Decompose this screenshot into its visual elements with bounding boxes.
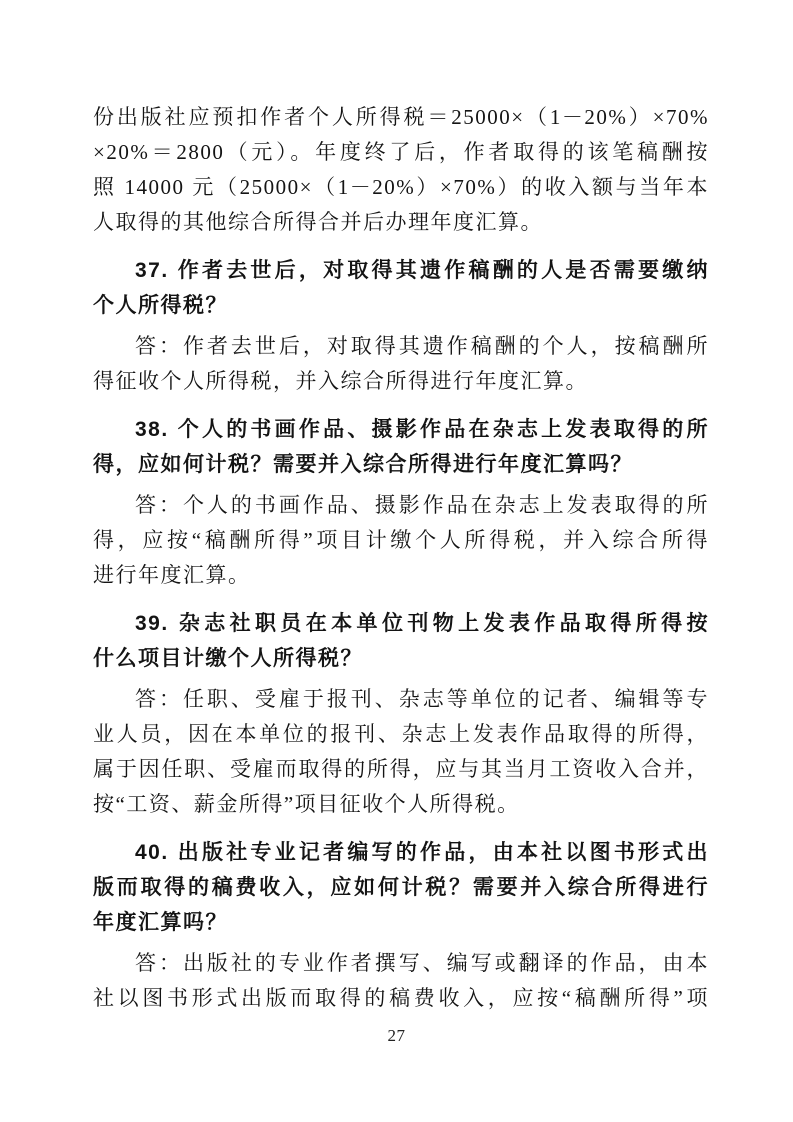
text-line: 38. 个人的书画作品、摄影作品在杂志上发表取得的所: [93, 412, 709, 447]
question-37: 37. 作者去世后，对取得其遗作稿酬的人是否需要缴纳 个人所得税？: [93, 253, 709, 323]
text-line: 版而取得的稿费收入，应如何计税？需要并入综合所得进行: [93, 870, 709, 905]
text-line: 什么项目计缴个人所得税？: [93, 641, 709, 676]
answer-36-continuation: 份出版社应预扣作者个人所得税＝25000×（1－20%）×70% ×20%＝28…: [93, 100, 709, 240]
text-line: 得征收个人所得税，并入综合所得进行年度汇算。: [93, 364, 709, 399]
text-line: 年度汇算吗？: [93, 905, 709, 940]
text-line: 答：任职、受雇于报刊、杂志等单位的记者、编辑等专: [93, 682, 709, 717]
text-line: 社以图书形式出版而取得的稿费收入，应按“稿酬所得”项: [93, 981, 709, 1016]
question-40: 40. 出版社专业记者编写的作品，由本社以图书形式出 版而取得的稿费收入，应如何…: [93, 835, 709, 940]
text-line: 个人所得税？: [93, 288, 709, 323]
page-number: 27: [0, 1026, 793, 1046]
text-line: 按“工资、薪金所得”项目征收个人所得税。: [93, 787, 709, 822]
document-page: 份出版社应预扣作者个人所得税＝25000×（1－20%）×70% ×20%＝28…: [0, 0, 793, 1122]
text-line: 37. 作者去世后，对取得其遗作稿酬的人是否需要缴纳: [93, 253, 709, 288]
answer-38: 答：个人的书画作品、摄影作品在杂志上发表取得的所 得，应按“稿酬所得”项目计缴个…: [93, 488, 709, 593]
text-line: 答：作者去世后，对取得其遗作稿酬的个人，按稿酬所: [93, 329, 709, 364]
text-line: ×20%＝2800（元）。年度终了后，作者取得的该笔稿酬按: [93, 135, 709, 170]
answer-39: 答：任职、受雇于报刊、杂志等单位的记者、编辑等专 业人员，因在本单位的报刊、杂志…: [93, 682, 709, 822]
text-line: 得，应按“稿酬所得”项目计缴个人所得税，并入综合所得: [93, 523, 709, 558]
text-line: 进行年度汇算。: [93, 558, 709, 593]
text-line: 份出版社应预扣作者个人所得税＝25000×（1－20%）×70%: [93, 100, 709, 135]
text-line: 得，应如何计税？需要并入综合所得进行年度汇算吗？: [93, 447, 709, 482]
text-line: 人取得的其他综合所得合并后办理年度汇算。: [93, 205, 709, 240]
text-line: 39. 杂志社职员在本单位刊物上发表作品取得所得按: [93, 606, 709, 641]
answer-40: 答：出版社的专业作者撰写、编写或翻译的作品，由本 社以图书形式出版而取得的稿费收…: [93, 946, 709, 1016]
answer-37: 答：作者去世后，对取得其遗作稿酬的个人，按稿酬所 得征收个人所得税，并入综合所得…: [93, 329, 709, 399]
text-line: 40. 出版社专业记者编写的作品，由本社以图书形式出: [93, 835, 709, 870]
document-body: 份出版社应预扣作者个人所得税＝25000×（1－20%）×70% ×20%＝28…: [93, 100, 709, 1016]
question-38: 38. 个人的书画作品、摄影作品在杂志上发表取得的所 得，应如何计税？需要并入综…: [93, 412, 709, 482]
text-line: 答：出版社的专业作者撰写、编写或翻译的作品，由本: [93, 946, 709, 981]
question-39: 39. 杂志社职员在本单位刊物上发表作品取得所得按 什么项目计缴个人所得税？: [93, 606, 709, 676]
text-line: 业人员，因在本单位的报刊、杂志上发表作品取得的所得，: [93, 717, 709, 752]
text-line: 属于因任职、受雇而取得的所得，应与其当月工资收入合并，: [93, 752, 709, 787]
text-line: 答：个人的书画作品、摄影作品在杂志上发表取得的所: [93, 488, 709, 523]
text-line: 照 14000 元（25000×（1－20%）×70%）的收入额与当年本: [93, 170, 709, 205]
